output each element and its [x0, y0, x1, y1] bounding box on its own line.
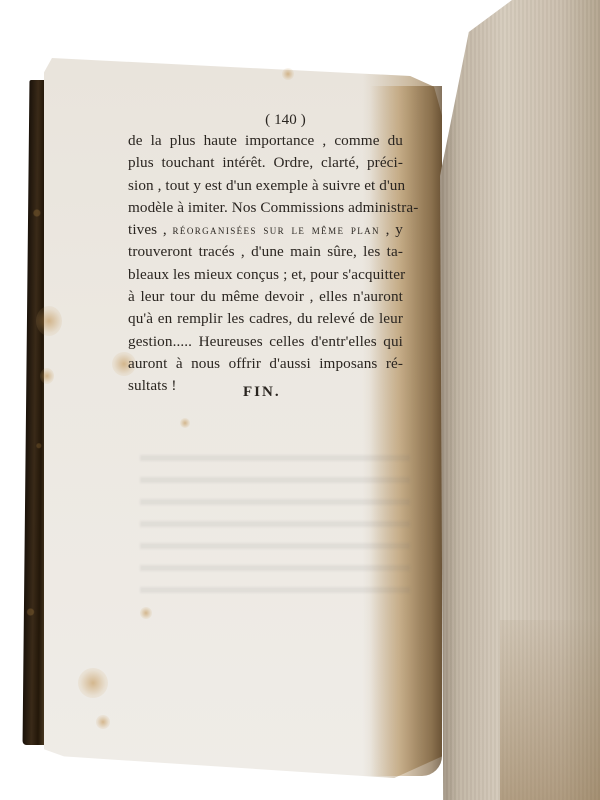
page-number: ( 140 )	[168, 110, 403, 130]
text-line: trouveront tracés , d'une main sûre, les…	[128, 241, 403, 263]
show-through-text	[140, 455, 410, 605]
text-line: modèle à imiter. Nos Commissions adminis…	[128, 197, 403, 219]
foxing-stain	[40, 368, 54, 384]
text-line: plus touchant intérêt. Ordre, clarté, pr…	[128, 152, 403, 174]
foxing-stain	[78, 668, 108, 698]
end-mark: FIN.	[243, 384, 281, 401]
text-fragment: tives ,	[128, 221, 173, 238]
text-line: auront à nous offrir d'aussi imposans ré…	[128, 353, 403, 375]
text-line: sion , tout y est d'un exemple à suivre …	[128, 175, 403, 197]
foxing-stain	[282, 68, 294, 80]
foxing-stain	[180, 418, 190, 428]
text-line: de la plus haute importance , comme du	[128, 130, 403, 152]
foxing-stain	[96, 715, 110, 729]
foxing-stain	[140, 607, 152, 619]
text-line: tives , réorganisées sur le même plan , …	[128, 219, 403, 241]
text-fragment: , y	[380, 221, 403, 238]
text-line: gestion..... Heureuses celles d'entr'ell…	[128, 331, 403, 353]
smallcaps-phrase: réorganisées sur le même plan	[173, 222, 380, 237]
text-line: qu'à en remplir les cadres, du relevé de…	[128, 308, 403, 330]
text-line: bleaux les mieux conçus ; et, pour s'acq…	[128, 264, 403, 286]
foxing-stain	[36, 306, 62, 336]
text-line: à leur tour du même devoir , elles n'aur…	[128, 286, 403, 308]
right-page-shadow	[500, 620, 600, 800]
page-text: ( 140 ) de la plus haute importance , co…	[128, 110, 403, 398]
book-photo: ( 140 ) de la plus haute importance , co…	[0, 0, 600, 800]
